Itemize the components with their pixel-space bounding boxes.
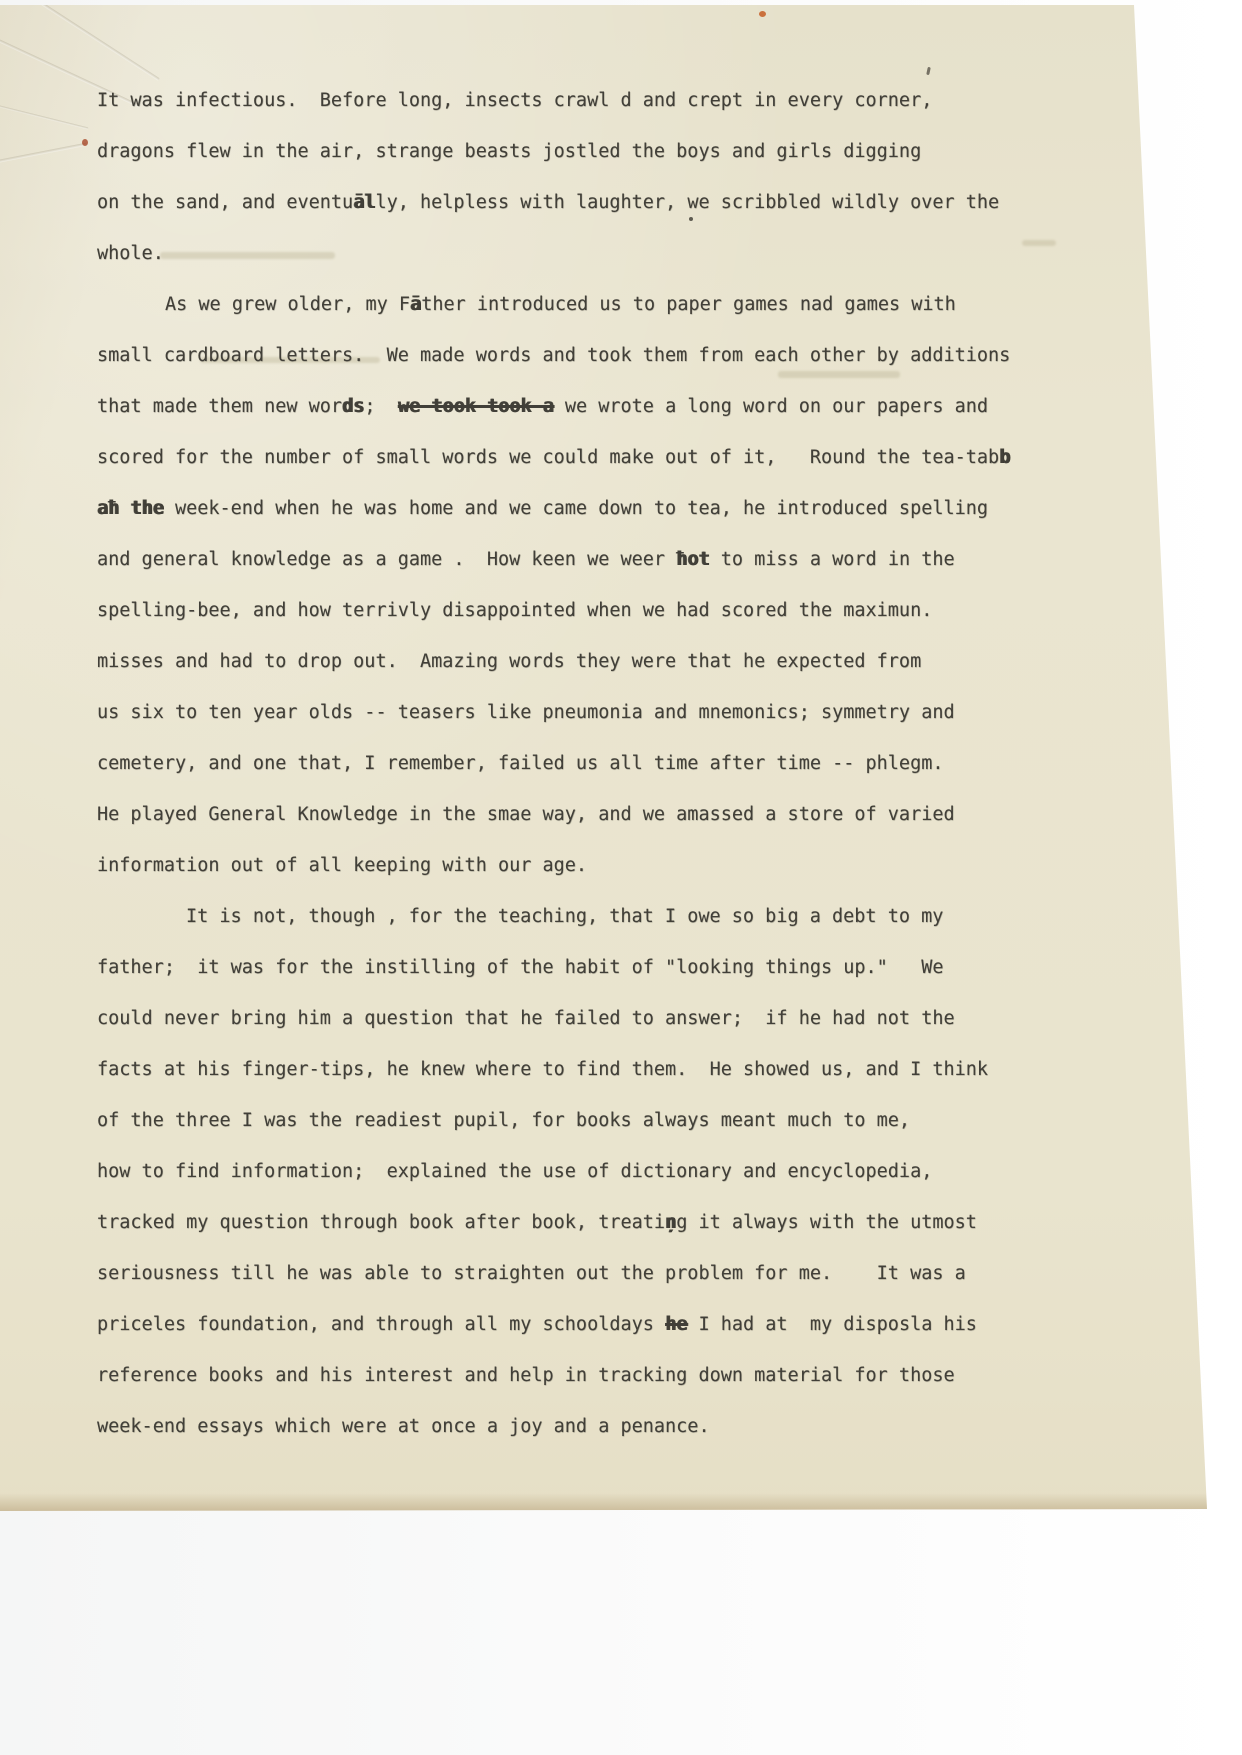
text-line: information out of all keeping with our … <box>97 840 1137 891</box>
text-line: As we grew older, my Fāther introduced u… <box>97 279 1137 330</box>
text-line: tracked my question through book after b… <box>97 1197 1137 1248</box>
text-line: scored for the number of small words we … <box>97 432 1137 483</box>
text-segment: misses and had to drop out. Amazing word… <box>97 651 921 672</box>
paper-sheet: It was infectious. Before long, insects … <box>0 5 1210 1515</box>
text-segment: could never bring him a question that he… <box>97 1008 955 1029</box>
text-line: on the sand, and eventuālly, helpless wi… <box>97 177 1137 228</box>
text-segment: It is not, though , for the teaching, th… <box>186 906 943 927</box>
text-line: dragons flew in the air, strange beasts … <box>97 126 1137 177</box>
text-segment: ther introduced us to paper games nad ga… <box>421 294 956 315</box>
text-segment: to miss a word in the <box>710 549 955 570</box>
text-segment: ly, helpless with laughter, we scribbled… <box>375 192 999 213</box>
text-segment: cemetery, and one that, I remember, fail… <box>97 753 943 774</box>
text-segment: week-end when he was home and we came do… <box>164 498 988 519</box>
ink-speck <box>82 139 88 146</box>
text-line: that made them new words; we-took-took-a… <box>97 381 1137 432</box>
text-line: small cardboard letters. We made words a… <box>97 330 1137 381</box>
text-line: He played General Knowledge in the smae … <box>97 789 1137 840</box>
paper-bottom-edge-shadow <box>0 1493 1210 1515</box>
text-line: priceles foundation, and through all my … <box>97 1299 1137 1350</box>
paper-crease <box>0 143 87 171</box>
typewritten-text: It was infectious. Before long, insects … <box>97 75 1137 1452</box>
text-segment: that made them new wor <box>97 396 342 417</box>
struck-through-phrase: he <box>665 1314 687 1335</box>
text-line: could never bring him a question that he… <box>97 993 1137 1044</box>
overstruck-text: b <box>999 447 1010 468</box>
text-segment: I had at my disposla his <box>687 1314 977 1335</box>
text-segment: dragons flew in the air, strange beasts … <box>97 141 921 162</box>
text-line: whole. <box>97 228 1137 279</box>
text-line: cemetery, and one that, I remember, fail… <box>97 738 1137 789</box>
overstruck-text: ā <box>410 294 421 315</box>
text-segment: we wrote a long word on our papers and <box>554 396 988 417</box>
text-segment: seriousness till he was able to straight… <box>97 1263 966 1284</box>
scanned-page-background: { "page": { "kind": "scanned typewritten… <box>0 0 1242 1755</box>
text-line: It was infectious. Before long, insects … <box>97 75 1137 126</box>
text-line: week-end essays which were at once a joy… <box>97 1401 1137 1452</box>
text-line: misses and had to drop out. Amazing word… <box>97 636 1137 687</box>
text-line: reference books and his interest and hel… <box>97 1350 1137 1401</box>
overstruck-text: āl <box>353 192 375 213</box>
text-segment: and general knowledge as a game . How ke… <box>97 549 676 570</box>
text-line: how to find information; explained the u… <box>97 1146 1137 1197</box>
text-segment: week-end essays which were at once a joy… <box>97 1416 710 1437</box>
text-segment: facts at his finger-tips, he knew where … <box>97 1059 988 1080</box>
text-segment: how to find information; explained the u… <box>97 1161 932 1182</box>
text-segment: whole. <box>97 243 164 264</box>
text-segment: spelling-bee, and how terrivly disappoin… <box>97 600 932 621</box>
overstruck-text: ħot <box>676 549 709 570</box>
struck-through-phrase: we-took-took-a <box>398 396 554 417</box>
text-line: aħ the week-end when he was home and we … <box>97 483 1137 534</box>
text-segment: tracked my question through book after b… <box>97 1212 665 1233</box>
text-segment: priceles foundation, and through all my … <box>97 1314 665 1335</box>
text-segment: information out of all keeping with our … <box>97 855 587 876</box>
paper-crease <box>0 0 160 81</box>
text-segment: reference books and his interest and hel… <box>97 1365 955 1386</box>
text-segment: scored for the number of small words we … <box>97 447 999 468</box>
text-segment: It was infectious. Before long, insects … <box>97 90 932 111</box>
text-line: spelling-bee, and how terrivly disappoin… <box>97 585 1137 636</box>
text-segment: us six to ten year olds -- teasers like … <box>97 702 955 723</box>
stray-typewriter-mark <box>926 67 931 75</box>
overstruck-text: ņ <box>665 1212 676 1233</box>
text-line: seriousness till he was able to straight… <box>97 1248 1137 1299</box>
ink-speck <box>759 11 766 17</box>
text-segment: father; it was for the instilling of the… <box>97 957 943 978</box>
text-line: facts at his finger-tips, he knew where … <box>97 1044 1137 1095</box>
text-segment: small cardboard letters. We made words a… <box>97 345 1010 366</box>
text-segment: g it always with the utmost <box>676 1212 977 1233</box>
text-segment: ; <box>364 396 397 417</box>
text-segment: He played General Knowledge in the smae … <box>97 804 955 825</box>
text-segment: As we grew older, my F <box>165 294 410 315</box>
text-line: father; it was for the instilling of the… <box>97 942 1137 993</box>
text-segment: on the sand, and eventu <box>97 192 353 213</box>
overstruck-text: ds <box>342 396 364 417</box>
paper-crease <box>0 99 88 130</box>
text-line: us six to ten year olds -- teasers like … <box>97 687 1137 738</box>
text-line: of the three I was the readiest pupil, f… <box>97 1095 1137 1146</box>
text-segment: of the three I was the readiest pupil, f… <box>97 1110 910 1131</box>
text-line: It is not, though , for the teaching, th… <box>97 891 1137 942</box>
overstruck-text: aħ the <box>97 498 164 519</box>
text-line: and general knowledge as a game . How ke… <box>97 534 1137 585</box>
